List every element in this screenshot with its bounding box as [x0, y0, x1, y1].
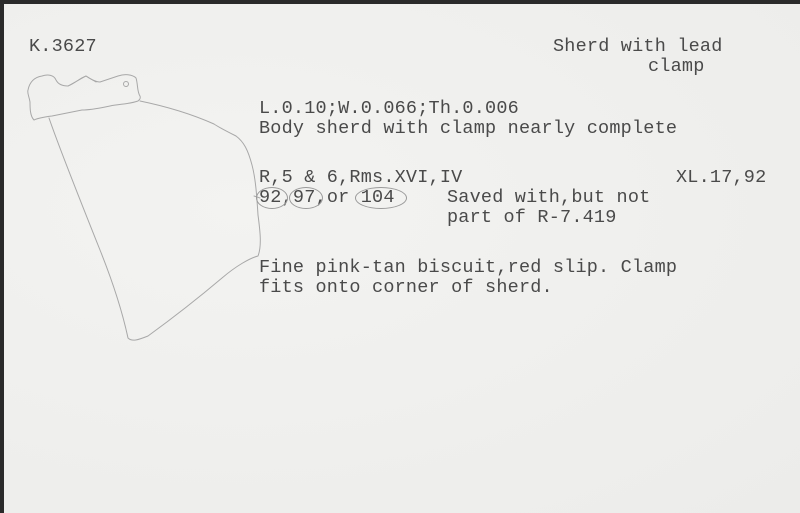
- circled-number: 97: [293, 187, 316, 208]
- pencil-circle: [256, 187, 288, 209]
- dimensions: L.0.10;W.0.066;Th.0.006: [259, 99, 519, 119]
- description: Body sherd with clamp nearly complete: [259, 119, 677, 139]
- pencil-circle: [355, 187, 407, 209]
- fabric-description-line1: Fine pink-tan biscuit,red slip. Clamp: [259, 258, 677, 278]
- circled-number: 92: [259, 187, 282, 208]
- catalog-number: K.3627: [29, 37, 97, 57]
- saved-with-line1: Saved with,but not: [447, 188, 650, 208]
- find-location: R,5 & 6,Rms.XVI,IV: [259, 168, 462, 188]
- fabric-description-line2: fits onto corner of sherd.: [259, 278, 553, 298]
- circled-numbers-line: 92,97,or 104: [259, 188, 395, 208]
- object-title-line2: clamp: [648, 57, 705, 77]
- object-title-line1: Sherd with lead: [553, 37, 723, 57]
- saved-with-line2: part of R-7.419: [447, 208, 617, 228]
- pencil-circle: [289, 187, 323, 209]
- notebook-reference: XL.17,92: [676, 168, 766, 188]
- circled-number: 104: [361, 187, 395, 208]
